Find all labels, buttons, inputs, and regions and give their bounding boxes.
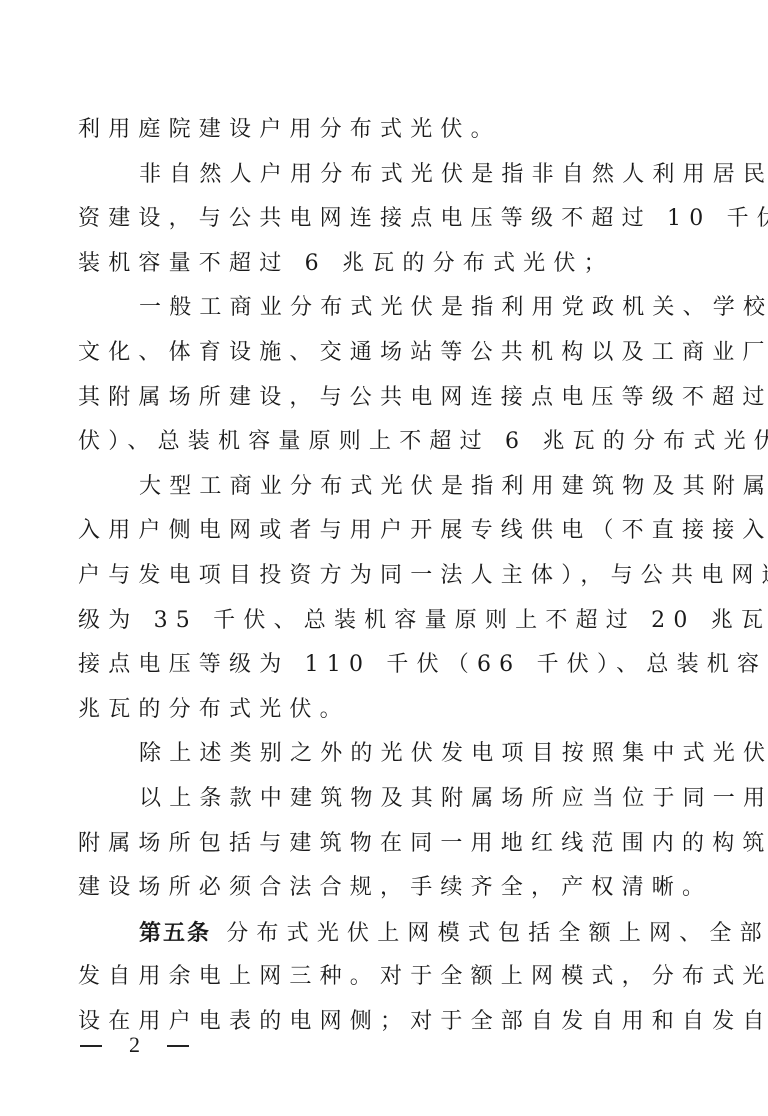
text-line: 伏）、总装机容量原则上不超过 6 兆瓦的分布式光伏； <box>78 420 696 465</box>
text-line: 大型工商业分布式光伏是指利用建筑物及其附属场所建设，接 <box>78 465 696 510</box>
article-label: 第五条 <box>139 920 211 946</box>
text-line: 其附属场所建设，与公共电网连接点电压等级不超过 10 千伏（20 千 <box>78 376 696 421</box>
text-line: 入用户侧电网或者与用户开展专线供电（不直接接入公共电网且用 <box>78 509 696 554</box>
text-line: 附属场所包括与建筑物在同一用地红线范围内的构筑物和闲置空地， <box>78 822 696 867</box>
text-line: 建设场所必须合法合规，手续齐全，产权清晰。 <box>78 866 696 911</box>
text-line: 文化、体育设施、交通场站等公共机构以及工商业厂房等建筑物及 <box>78 331 696 376</box>
text-line: 级为 35 千伏、总装机容量原则上不超过 20 兆瓦或者与公共电网连 <box>78 599 696 644</box>
document-body: 利用庭院建设户用分布式光伏。 非自然人户用分布式光伏是指非自然人利用居民住宅、庭… <box>78 108 696 1044</box>
text-line: 装机容量不超过 6 兆瓦的分布式光伏； <box>78 242 696 287</box>
page-number-footer: 2 <box>80 1030 189 1061</box>
text-line: 发自用余电上网三种。对于全额上网模式，分布式光伏的并网点应 <box>78 955 696 1000</box>
article-text: 分布式光伏上网模式包括全额上网、全部自发自用、自 <box>226 921 768 946</box>
dash-left-icon <box>80 1045 102 1047</box>
text-line: 接点电压等级为 110 千伏（66 千伏）、总装机容量原则上不超过 50 <box>78 643 696 688</box>
text-line: 以上条款中建筑物及其附属场所应当位于同一用地红线范围内， <box>78 777 696 822</box>
text-line: 除上述类别之外的光伏发电项目按照集中式光伏电站管理。 <box>78 732 696 777</box>
dash-right-icon <box>167 1045 189 1047</box>
text-line: 户与发电项目投资方为同一法人主体），与公共电网连接点电压等 <box>78 554 696 599</box>
article-first-line: 第五条 分布式光伏上网模式包括全额上网、全部自发自用、自 <box>78 911 696 956</box>
page-number: 2 <box>129 1030 140 1060</box>
text-line: 资建设，与公共电网连接点电压等级不超过 10 千伏（20 千伏）、总 <box>78 197 696 242</box>
text-line: 非自然人户用分布式光伏是指非自然人利用居民住宅、庭院投 <box>78 153 696 198</box>
text-line: 一般工商业分布式光伏是指利用党政机关、学校、医院、市政、 <box>78 286 696 331</box>
text-line: 利用庭院建设户用分布式光伏。 <box>78 108 696 153</box>
text-line: 兆瓦的分布式光伏。 <box>78 688 696 733</box>
document-page: 利用庭院建设户用分布式光伏。 非自然人户用分布式光伏是指非自然人利用居民住宅、庭… <box>0 0 768 1116</box>
